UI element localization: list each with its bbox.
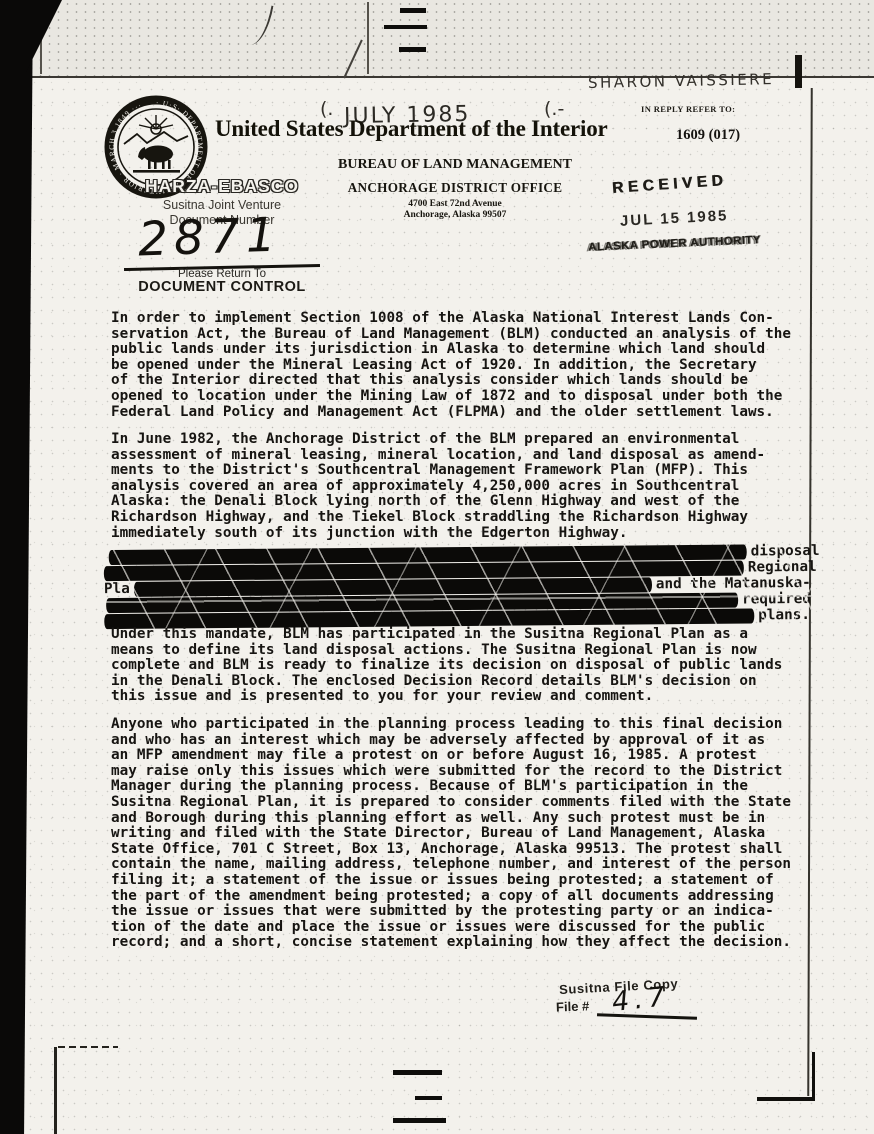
bureau-name: BUREAU OF LAND MANAGEMENT <box>305 157 605 173</box>
file-number-label: File # <box>556 998 590 1014</box>
punch-dash-top-3 <box>399 47 426 52</box>
punch-dash-bottom-3 <box>393 1118 446 1123</box>
file-number-underline <box>597 1013 697 1019</box>
document-control-label: DOCUMENT CONTROL <box>108 279 336 295</box>
handwritten-file-number: 4.7 <box>611 981 672 1018</box>
handwritten-recipient-name: SHARON VAISSIERE <box>588 70 774 92</box>
body-paragraph-2: In June 1982, the Anchorage District of … <box>111 432 811 541</box>
harza-ebasco-logo-text: HARZA-EBASCO <box>108 176 336 197</box>
punch-dash-top-1 <box>400 8 426 13</box>
in-reply-refer-label: IN REPLY REFER TO: <box>641 104 735 114</box>
punch-dash-top-2 <box>384 25 427 29</box>
redaction-fragment: Pla <box>104 581 134 597</box>
redaction-fragment: Regional <box>744 559 817 576</box>
department-title: United States Department of the Interior <box>215 116 608 142</box>
office-name: ANCHORAGE DISTRICT OFFICE <box>305 180 605 196</box>
handwritten-document-number: 2871 <box>137 208 282 268</box>
received-stamp-date: JUL 15 1985 <box>620 207 729 230</box>
corner-bracket-bottom-left-v <box>54 1047 57 1134</box>
corner-bracket-bottom-right-v <box>812 1052 815 1100</box>
punch-dash-bottom-1 <box>393 1070 442 1075</box>
redacted-paragraph: disposal Regional Pla and the Matanuska-… <box>104 543 821 629</box>
scan-edge-left <box>0 0 33 1134</box>
body-paragraph-1: In order to implement Section 1008 of th… <box>111 311 811 420</box>
redaction-fragment: and the Matanuska- <box>652 575 811 592</box>
received-stamp-org: ALASKA POWER AUTHORITY <box>588 234 761 254</box>
body-paragraph-3: Under this mandate, BLM has participated… <box>111 627 811 705</box>
scan-streak-2 <box>367 2 369 74</box>
office-address-line2: Anchorage, Alaska 99507 <box>305 210 605 220</box>
scan-top-band <box>0 0 874 78</box>
punch-dash-bottom-2 <box>415 1096 442 1100</box>
redaction-fragment: disposal <box>747 543 820 560</box>
scanned-letter-page: SHARON VAISSIERE IN REPLY REFER TO: 1609… <box>0 0 874 1134</box>
redaction-fragment: plans. <box>754 607 810 623</box>
scan-mark-top-right <box>795 55 802 88</box>
file-reference-code: 1609 (017) <box>676 127 740 144</box>
corner-bracket-bottom-left-h <box>58 1046 118 1048</box>
office-address-line1: 4700 East 72nd Avenue <box>305 199 605 209</box>
redaction-fragment: required <box>738 591 811 608</box>
corner-bracket-bottom-right-h <box>757 1097 815 1101</box>
body-paragraph-4: Anyone who participated in the planning … <box>111 717 811 951</box>
received-stamp-line1: RECEIVED <box>612 172 728 198</box>
